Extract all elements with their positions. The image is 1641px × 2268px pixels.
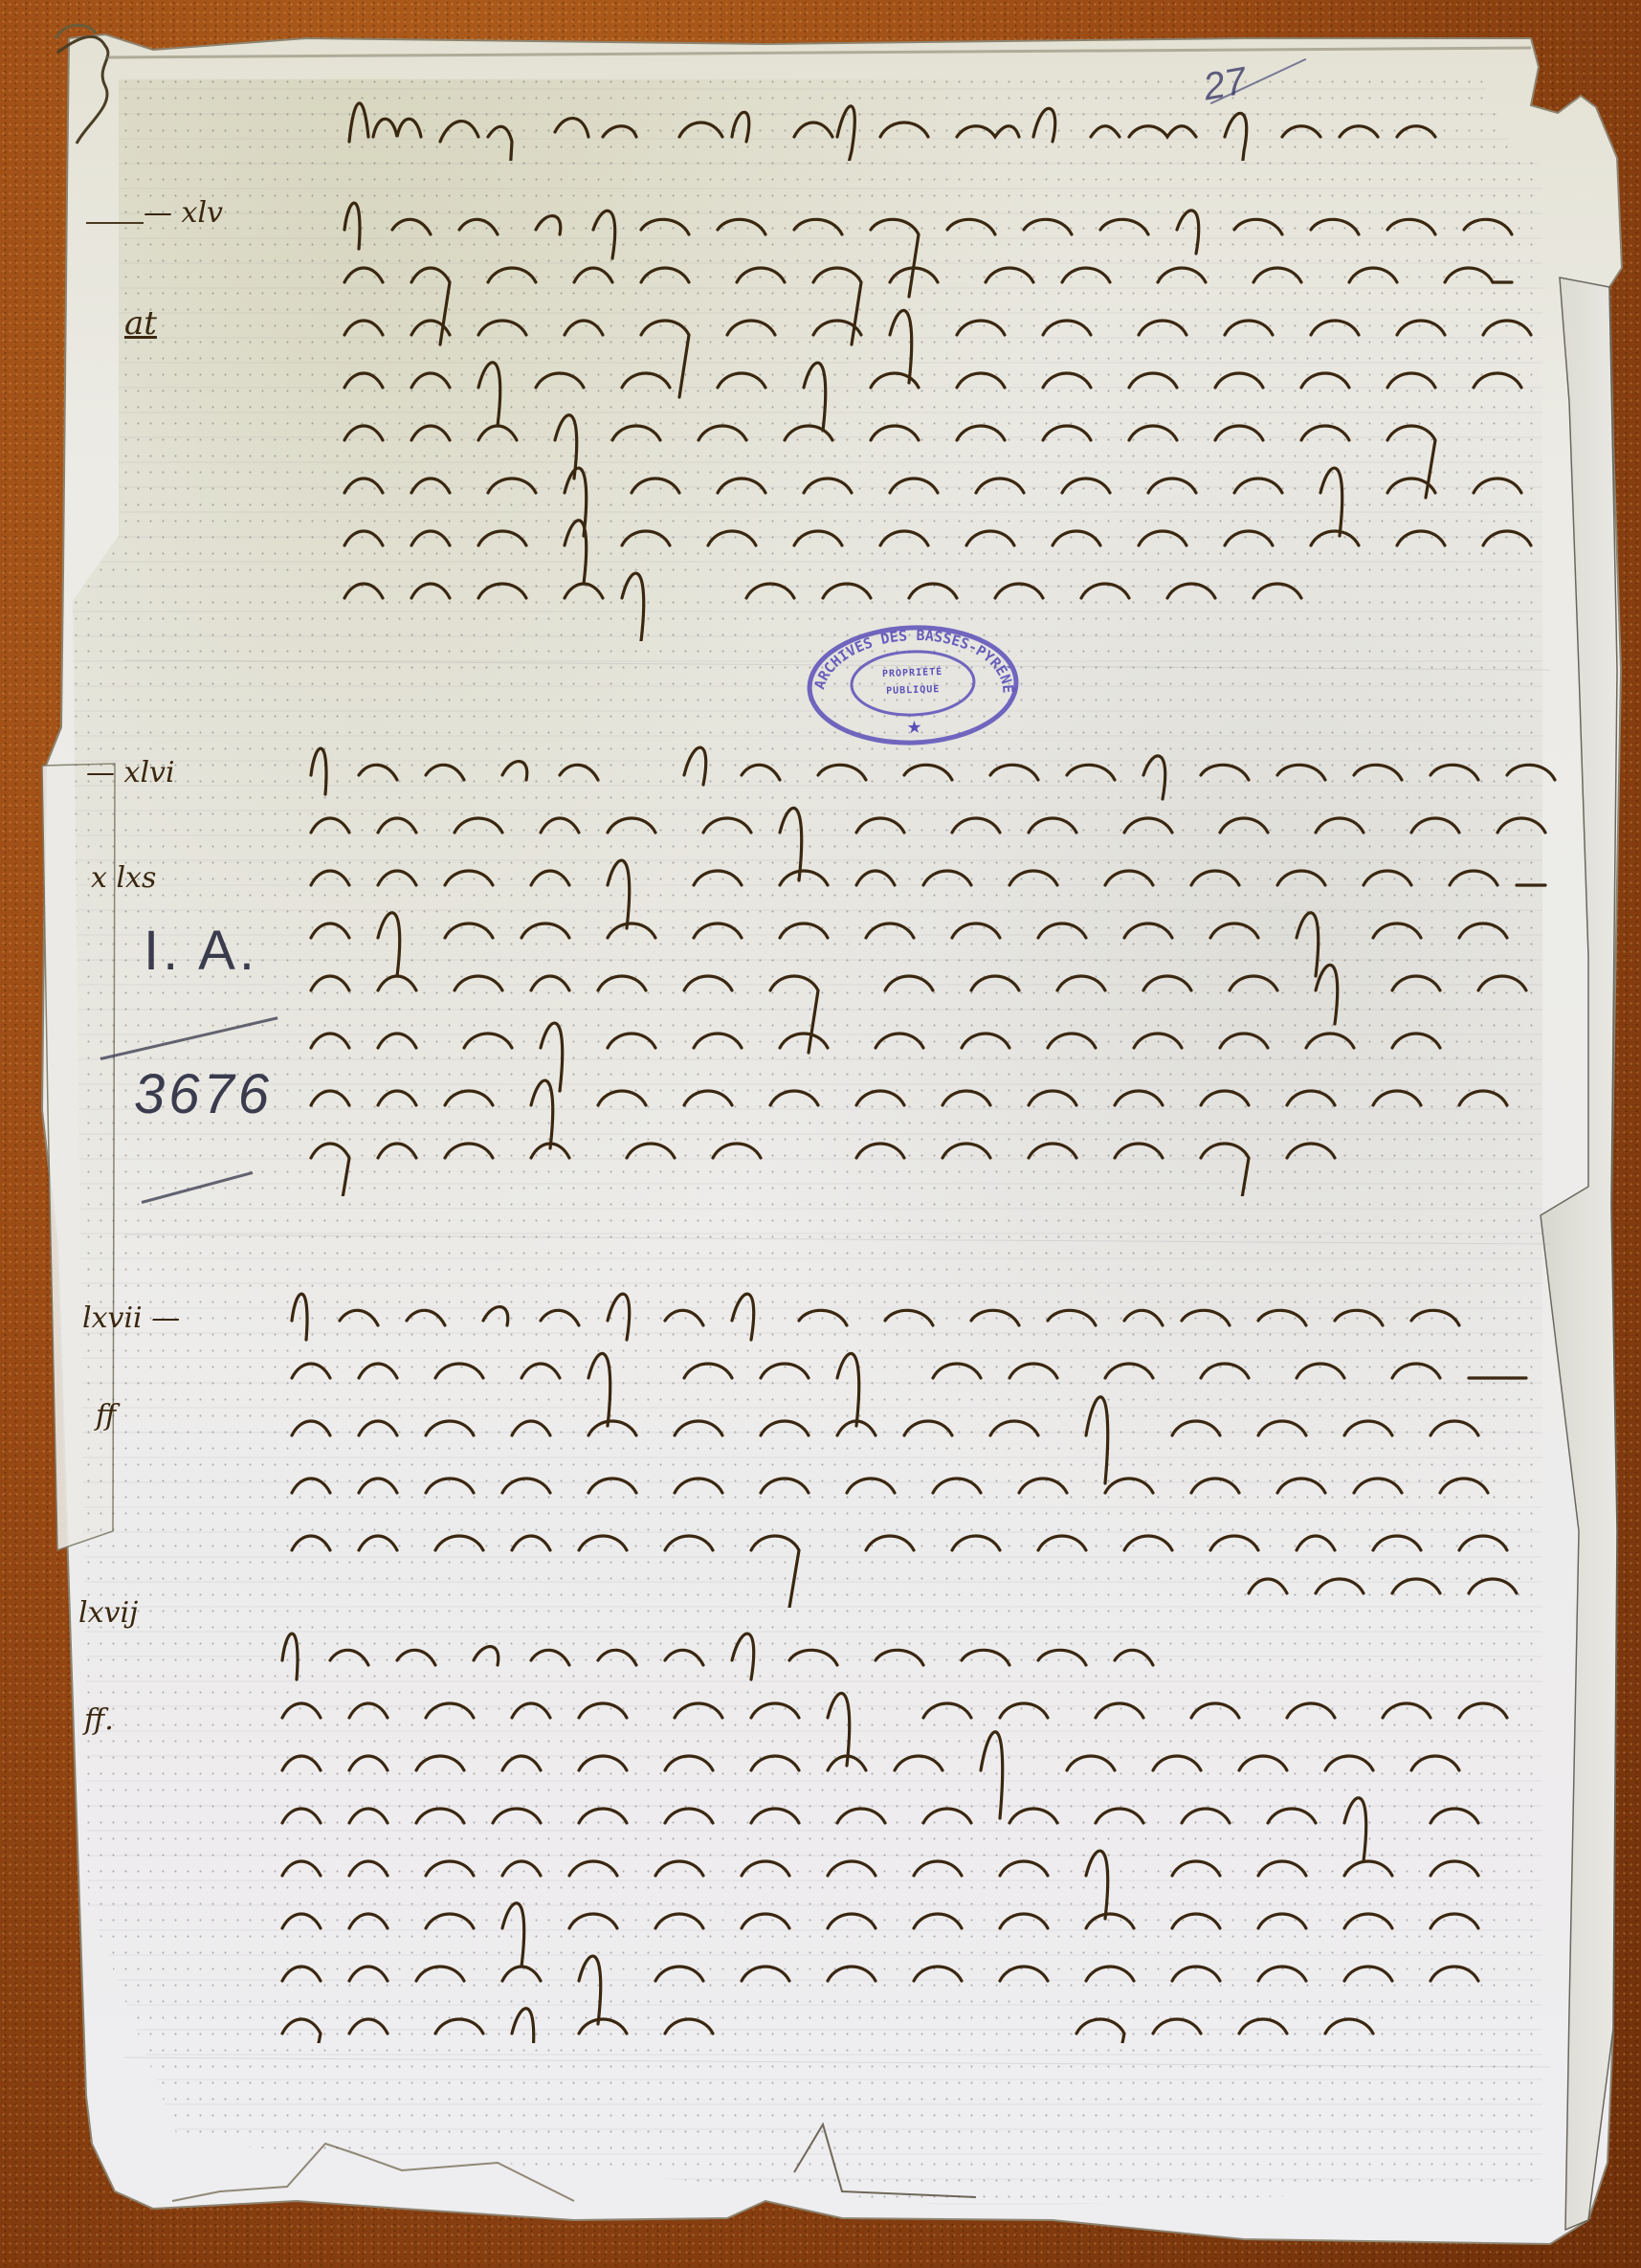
paragraph-4 xyxy=(273,1622,1555,2047)
handwriting-block-4 xyxy=(273,1622,1555,2043)
margin-note-8: ff. xyxy=(84,1703,114,1737)
margin-note-5: lxvii — xyxy=(82,1301,180,1335)
shelfmark-top: I. A. xyxy=(144,919,258,983)
margin-note-6: ff xyxy=(96,1399,116,1433)
paragraph-2 xyxy=(301,737,1574,1200)
margin-note-7: lxvij xyxy=(78,1596,138,1630)
margin-note-1: — xlv xyxy=(144,196,223,230)
handwriting-block-3 xyxy=(282,1282,1564,1608)
margin-dash xyxy=(86,222,144,224)
shelfmark-bottom: 3676 xyxy=(134,1062,273,1126)
handwriting-block-1 xyxy=(335,191,1569,641)
handwriting-block-2 xyxy=(301,737,1574,1196)
margin-note-2: at xyxy=(124,304,157,343)
margin-note-4: x lxs xyxy=(91,861,156,895)
stamp-star-icon: ★ xyxy=(906,718,922,739)
margin-note-3: — xlvi xyxy=(86,756,175,789)
paragraph-3 xyxy=(282,1282,1564,1612)
manuscript-folio: 27 — xlv at — xlvi x lxs lxvii — ff lxvi… xyxy=(0,0,1641,2268)
paragraph-1 xyxy=(335,191,1569,645)
